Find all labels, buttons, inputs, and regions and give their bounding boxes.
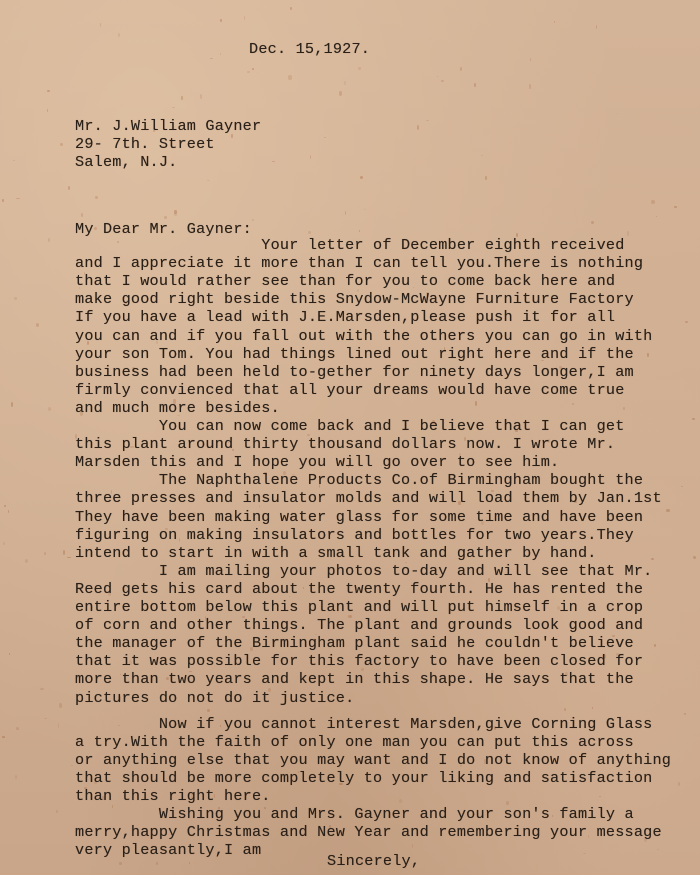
body-line: and I appreciate it more than I can tell… <box>75 254 643 272</box>
body-line: this plant around thirty thousand dollar… <box>75 435 615 453</box>
body-line: The Naphthalene Products Co.of Birmingha… <box>75 471 643 489</box>
body-line: make good right beside this Snydow-McWay… <box>75 290 634 308</box>
body-line: Reed gets his card about the twenty four… <box>75 580 643 598</box>
body-line: very pleasantly,I am <box>75 841 261 859</box>
body-line: intend to start in with a small tank and… <box>75 544 597 562</box>
body-line: You can now come back and I believe that… <box>75 417 625 435</box>
body-line: more than two years and kept in this sha… <box>75 670 634 688</box>
body-line: or anything else that you may want and I… <box>75 751 671 769</box>
body-line: They have been making water glass for so… <box>75 508 643 526</box>
recipient-name: Mr. J.William Gayner <box>75 117 261 135</box>
body-line: Marsden this and I hope you will go over… <box>75 453 559 471</box>
body-line: than this right here. <box>75 787 271 805</box>
letter-page: Dec. 15,1927. Mr. J.William Gayner 29- 7… <box>0 0 700 875</box>
body-line: figuring on making insulators and bottle… <box>75 526 634 544</box>
closing: Sincerely, <box>327 852 420 870</box>
body-line: that I would rather see than for you to … <box>75 272 615 290</box>
body-line: merry,happy Christmas and New Year and r… <box>75 823 662 841</box>
body-line: your son Tom. You had things lined out r… <box>75 345 634 363</box>
body-line: a try.With the faith of only one man you… <box>75 733 634 751</box>
body-line: that it was possible for this factory to… <box>75 652 643 670</box>
letter-date: Dec. 15,1927. <box>249 40 370 58</box>
body-line: Your letter of December eighth received <box>75 236 625 254</box>
body-line: pictures do not do it justice. <box>75 689 354 707</box>
body-line: that should be more completely to your l… <box>75 769 652 787</box>
body-line: Now if you cannot interest Marsden,give … <box>75 715 652 733</box>
body-line: entire bottom below this plant and will … <box>75 598 643 616</box>
body-line: business had been held to-gether for nin… <box>75 363 634 381</box>
body-line: I am mailing your photos to-day and will… <box>75 562 652 580</box>
body-line: of corn and other things. The plant and … <box>75 616 643 634</box>
recipient-street: 29- 7th. Street <box>75 135 215 153</box>
body-line: and much more besides. <box>75 399 280 417</box>
body-line: Wishing you and Mrs. Gayner and your son… <box>75 805 634 823</box>
body-line: If you have a lead with J.E.Marsden,plea… <box>75 308 615 326</box>
body-line: firmly convienced that all your dreams w… <box>75 381 625 399</box>
body-line: the manager of the Birmingham plant said… <box>75 634 634 652</box>
recipient-city: Salem, N.J. <box>75 153 177 171</box>
body-line: you can and if you fall out with the oth… <box>75 327 652 345</box>
body-line: three presses and insulator molds and wi… <box>75 489 662 507</box>
